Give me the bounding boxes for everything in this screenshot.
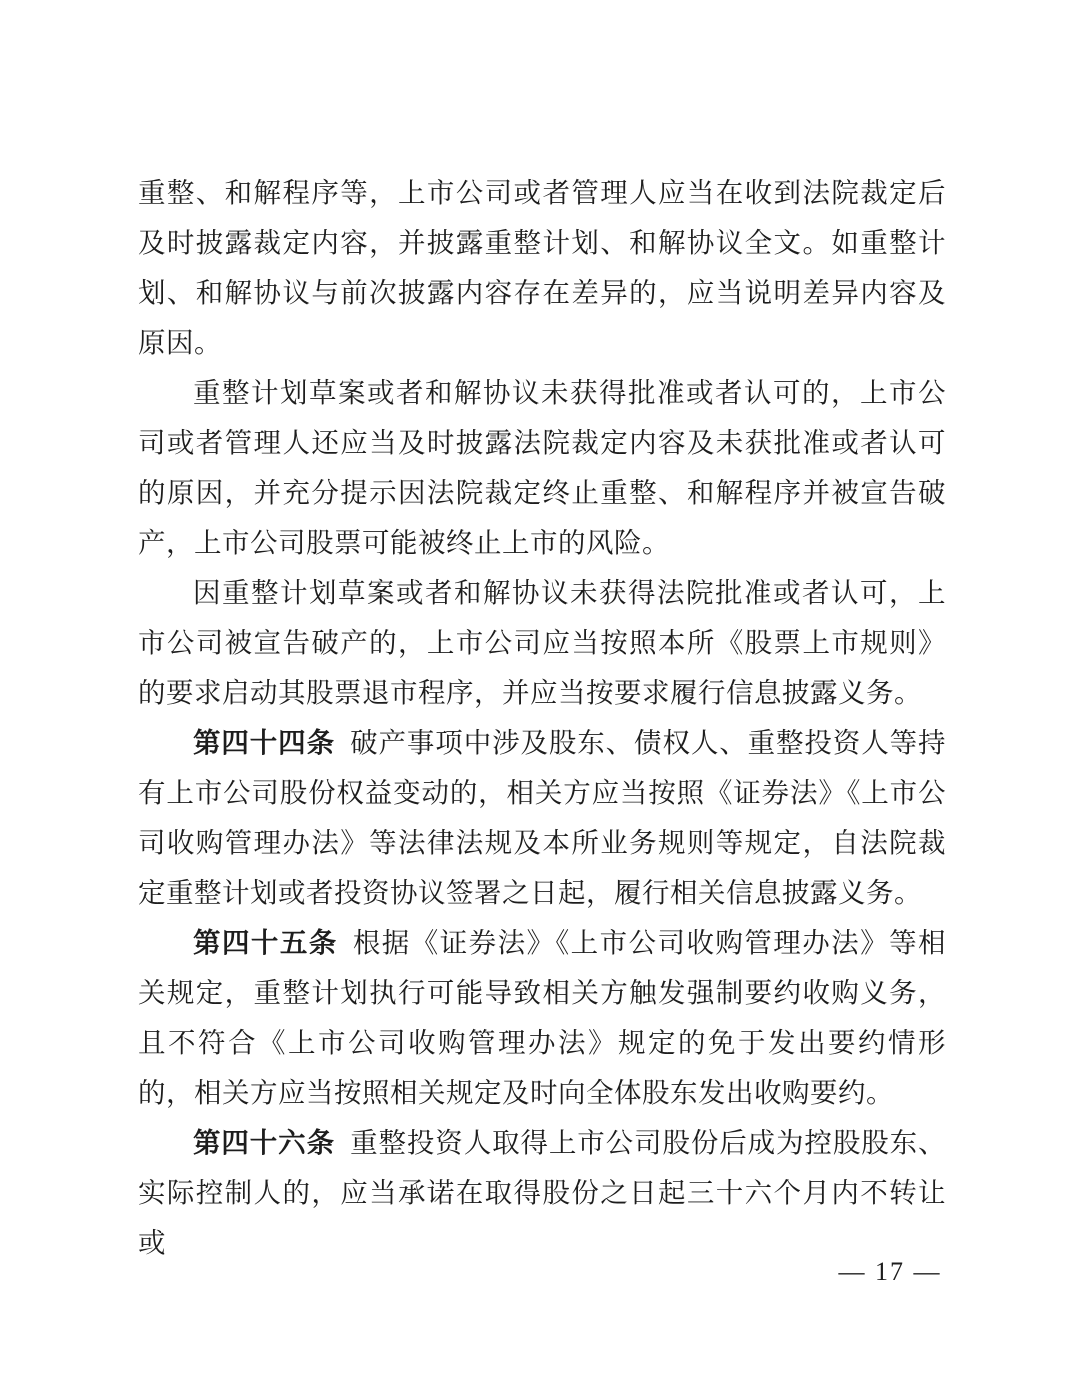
paragraph-text: 因重整计划草案或者和解协议未获得法院批准或者认可，上市公司被宣告破产的，上市公司… [138,577,946,708]
paragraph-text: 重整、和解程序等，上市公司或者管理人应当在收到法院裁定后及时披露裁定内容，并披露… [138,177,946,358]
article-46-paragraph: 第四十六条重整投资人取得上市公司股份后成为控股股东、实际控制人的，应当承诺在取得… [138,1118,946,1268]
document-body-text: 重整、和解程序等，上市公司或者管理人应当在收到法院裁定后及时披露裁定内容，并披露… [138,168,946,1268]
article-46-number-label: 第四十六条 [193,1127,335,1158]
article-44-number-label: 第四十四条 [193,727,335,758]
article-45-number-label: 第四十五条 [193,927,338,958]
paragraph: 重整计划草案或者和解协议未获得批准或者认可的，上市公司或者管理人还应当及时披露法… [138,368,946,568]
page-number: — 17 — [790,1252,990,1292]
paragraph-continuation: 重整、和解程序等，上市公司或者管理人应当在收到法院裁定后及时披露裁定内容，并披露… [138,168,946,368]
paragraph: 因重整计划草案或者和解协议未获得法院批准或者认可，上市公司被宣告破产的，上市公司… [138,568,946,718]
document-page: 重整、和解程序等，上市公司或者管理人应当在收到法院裁定后及时披露裁定内容，并披露… [0,0,1080,1398]
article-45-paragraph: 第四十五条根据《证券法》《上市公司收购管理办法》等相关规定，重整计划执行可能导致… [138,918,946,1118]
article-44-paragraph: 第四十四条破产事项中涉及股东、债权人、重整投资人等持有上市公司股份权益变动的，相… [138,718,946,918]
paragraph-text: 重整计划草案或者和解协议未获得批准或者认可的，上市公司或者管理人还应当及时披露法… [138,377,946,558]
